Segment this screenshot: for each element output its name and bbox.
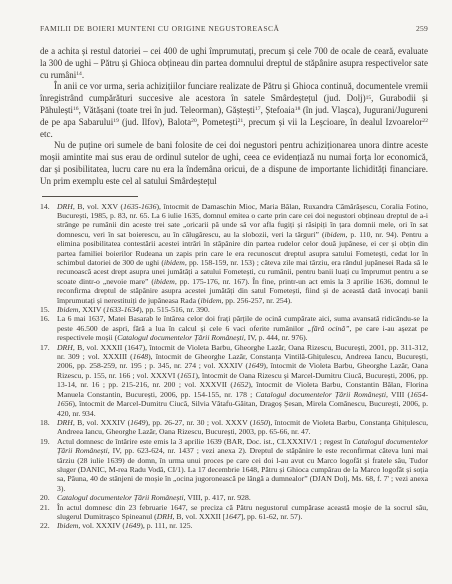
text-run: , vol. XXXIV ( [78,521,125,530]
book-page: FAMILII DE BOIERI MUNTENI CU ORIGINE NEG… [0,0,452,584]
footnote: 18.DRH, B, vol. XXXIV (1649), pp. 26-27,… [40,418,428,437]
text-run: Actul domnesc de întărire este emis la 3… [57,437,353,446]
footnote-number: 22. [40,521,57,530]
footnote-ref: 20 [191,118,197,124]
text-run: de a achita și restul datoriei – cei 400… [40,46,428,80]
running-title: FAMILII DE BOIERI MUNTENI CU ORIGINE NEG… [40,24,279,33]
text-run: Catalogul documentelor Țării Românești [57,493,184,502]
text-run: , precum și vii la Leșcioare, în dealul … [243,117,422,127]
text-run: 1635-1636 [123,202,156,211]
text-run: , IV, p. 444, nr. 976). [244,333,308,342]
footnote-text: Catalogul documentelor Țării Românești, … [57,493,251,502]
text-run: , Vătășani (toate trei în jud. Teleorman… [79,105,255,115]
footnote-number: 15. [40,305,57,314]
footnote-ref: 18 [295,106,301,112]
footnote-text: DRH, B, vol. XXXII (1647), întocmit de V… [57,343,428,418]
text-run: 1633-1634 [106,305,139,314]
footnote-ref: 16 [73,106,79,112]
footnote-text: În actul domnesc din 23 februarie 1647, … [57,503,428,521]
footnote-number: 17. [40,343,57,352]
footnote-ref: 17 [255,106,261,112]
text-run: , VIII, p. 417, nr. 928. [184,493,251,502]
text-run: ], pp. 61-62, nr. 57). [241,512,303,521]
text-run: ibidem [164,258,185,267]
text-run: DRH [57,343,73,352]
text-run: ), pp. 26-27, nr. 30 ; vol. XXXV ( [146,418,253,427]
paragraph: În anii ce vor urma, seria achizițiilor … [40,81,428,140]
text-run: 1652 [233,380,248,389]
footnote-ref: 22 [422,118,428,124]
text-run: ), p. 111, nr. 125. [140,521,192,530]
footnote-number: 16. [40,314,57,323]
footnote-number: 21. [40,503,57,512]
footnote-text: Ibidem, XXIV (1633-1634), pp. 515-516, n… [57,305,210,314]
footnotes-section: 14.DRH, B, vol. XXV (1635-1636), întocmi… [40,202,428,531]
text-run: 1647 [225,512,240,521]
text-run: (jud. Ilfov), Balota [119,117,191,127]
footnote-ref: 21 [238,118,244,124]
text-run: „fără ocină” [307,324,349,333]
text-run: ), pp. 515-516, nr. 390. [139,305,210,314]
footnote-separator [42,196,138,197]
text-run: , IV, pp. 623-624, nr. 1437 ; vezi anexa… [57,446,428,493]
page-header: FAMILII DE BOIERI MUNTENI CU ORIGINE NEG… [40,24,428,33]
footnote: 16.La 6 mai 1637, Matei Basarab le întăr… [40,314,428,342]
footnote: 19.Actul domnesc de întărire este emis l… [40,437,428,493]
text-run: 1650 [252,418,267,427]
text-run: 1649 [130,418,145,427]
text-run: Catalogul documentelor Țării Românești [117,333,244,342]
footnote-text: La 6 mai 1637, Matei Basarab le întărea … [57,314,428,342]
text-run: Catalogul documentelor Țării Românești [256,390,387,399]
text-run: ibidem [325,230,346,239]
paragraph: de a achita și restul datoriei – cei 400… [40,46,428,81]
text-run: DRH [57,418,73,427]
text-run: DRH [157,512,173,521]
text-run: , XXIV ( [78,305,105,314]
text-run: , B, vol. XXXIV ( [73,418,130,427]
text-run: ), întocmit de Marcel-Dumitru Ciucă, Sil… [57,399,428,417]
text-run: Ibidem [57,521,78,530]
text-run: . [82,70,84,80]
footnote-text: DRH, B, vol. XXV (1635-1636), întocmit d… [57,202,428,305]
text-run: , Pometești [197,117,238,127]
text-run: Nu de puține ori sumele de bani folosite… [40,140,428,185]
footnote-text: Actul domnesc de întărire este emis la 3… [57,437,428,493]
footnote-text: DRH, B, vol. XXXIV (1649), pp. 26-27, nr… [57,418,428,436]
text-run: , VIII ( [386,390,410,399]
text-run: , Ștefoaia [261,105,295,115]
footnote: 17.DRH, B, vol. XXXII (1647), întocmit d… [40,343,428,418]
text-run: , B, vol. XXV ( [73,202,123,211]
footnote-text: Ibidem, vol. XXXIV (1649), p. 111, nr. 1… [57,521,193,530]
text-run: etc. [40,129,53,139]
text-run: DRH [57,202,73,211]
text-run: ibidem [200,296,221,305]
page-number: 259 [416,24,428,33]
footnote: 21.În actul domnesc din 23 februarie 164… [40,503,428,522]
text-run: 1648 [133,352,148,361]
footnote: 14.DRH, B, vol. XXV (1635-1636), întocmi… [40,202,428,305]
text-run: 1649 [125,521,140,530]
footnote-ref: 19 [113,118,119,124]
footnote-number: 20. [40,493,57,502]
text-run: , pp. 256-257, nr. 254). [221,296,292,305]
text-run: Ibidem [57,305,78,314]
text-run: , B, vol. XXXII [ [173,512,226,521]
footnote-ref: 14 [76,71,82,77]
footnote-number: 19. [40,437,57,446]
footnote: 22.Ibidem, vol. XXXIV (1649), p. 111, nr… [40,521,428,530]
footnote: 20.Catalogul documentelor Țării Româneșt… [40,493,428,502]
text-run: 1649 [248,361,263,370]
footnote-ref: 15 [366,95,372,101]
body-text: de a achita și restul datoriei – cei 400… [40,46,428,188]
text-run: ibidem [154,277,175,286]
footnote-number: 18. [40,418,57,427]
text-run: 1651 [180,371,195,380]
paragraph: Nu de puține ori sumele de bani folosite… [40,140,428,187]
footnote-number: 14. [40,202,57,211]
footnote: 15.Ibidem, XXIV (1633-1634), pp. 515-516… [40,305,428,314]
